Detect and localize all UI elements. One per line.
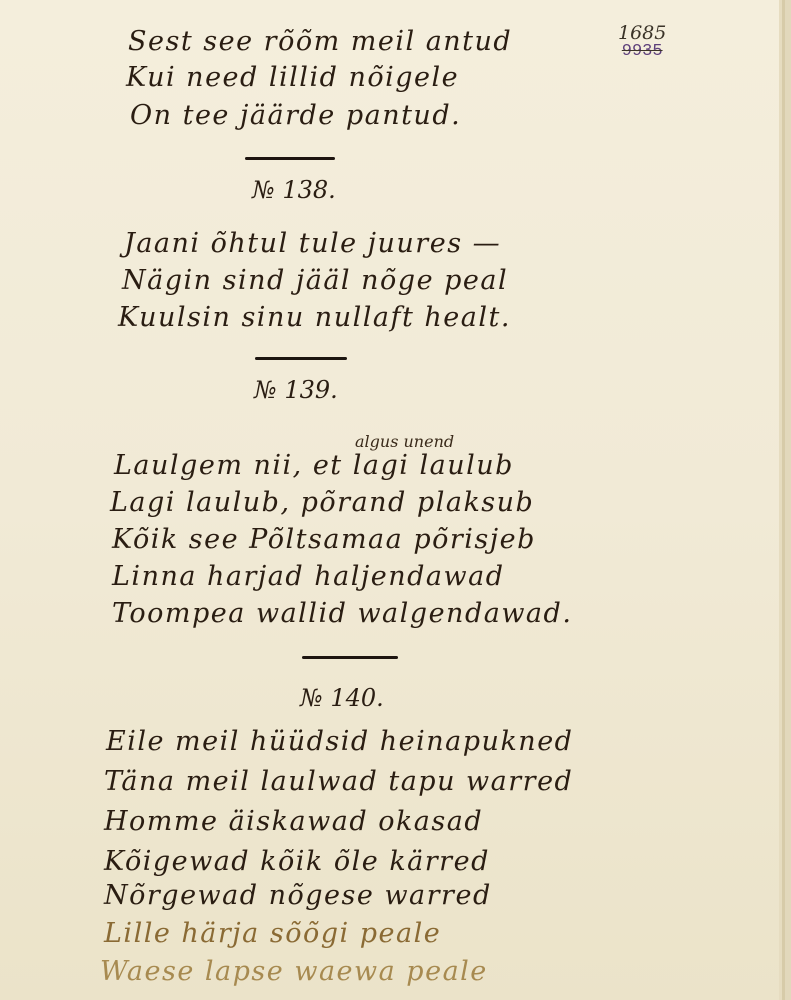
verse-line: On tee jäärde pantud. bbox=[130, 100, 461, 131]
archive-number: 1685 bbox=[618, 22, 666, 44]
manuscript-page: 1685 9935 Sest see rõõm meil antud Kui n… bbox=[0, 0, 791, 1000]
verse-line: Kuulsin sinu nullaft healt. bbox=[118, 302, 511, 333]
section-divider bbox=[302, 656, 398, 659]
section-number: № 139. bbox=[254, 376, 338, 404]
verse-line: Lille härja sõõgi peale bbox=[104, 918, 441, 949]
archive-number-crossed: 9935 bbox=[618, 42, 666, 61]
verse-line: Nõrgewad nõgese warred bbox=[104, 880, 492, 911]
verse-line: Toompea wallid walgendawad. bbox=[112, 598, 572, 629]
verse-line: Nägin sind jääl nõge peal bbox=[122, 265, 508, 296]
verse-line: Lagi laulub, põrand plaksub bbox=[110, 487, 534, 518]
verse-line: Laulgem nii, et lagi laulub bbox=[114, 450, 514, 481]
verse-line: Sest see rõõm meil antud bbox=[128, 26, 512, 57]
section-number: № 138. bbox=[252, 176, 336, 204]
archive-number-stamp: 1685 9935 bbox=[618, 22, 666, 61]
verse-line: Kõik see Põltsamaa põrisjeb bbox=[112, 524, 536, 555]
verse-line: Eile meil hüüdsid heinapukned bbox=[106, 726, 573, 757]
verse-line: Jaani õhtul tule juures — bbox=[124, 228, 501, 259]
verse-line: Waese lapse waewa peale bbox=[100, 956, 488, 987]
section-divider bbox=[255, 357, 347, 360]
verse-line: Linna harjad haljendawad bbox=[112, 561, 504, 592]
verse-line: Kui need lillid nõigele bbox=[126, 62, 459, 93]
verse-line: Kõigewad kõik õle kärred bbox=[104, 846, 490, 877]
section-divider bbox=[245, 157, 335, 160]
verse-line: Homme äiskawad okasad bbox=[104, 806, 483, 837]
verse-line: Täna meil laulwad tapu warred bbox=[104, 766, 573, 797]
marginal-annotation: algus unend bbox=[355, 432, 454, 451]
section-number: № 140. bbox=[300, 684, 384, 712]
